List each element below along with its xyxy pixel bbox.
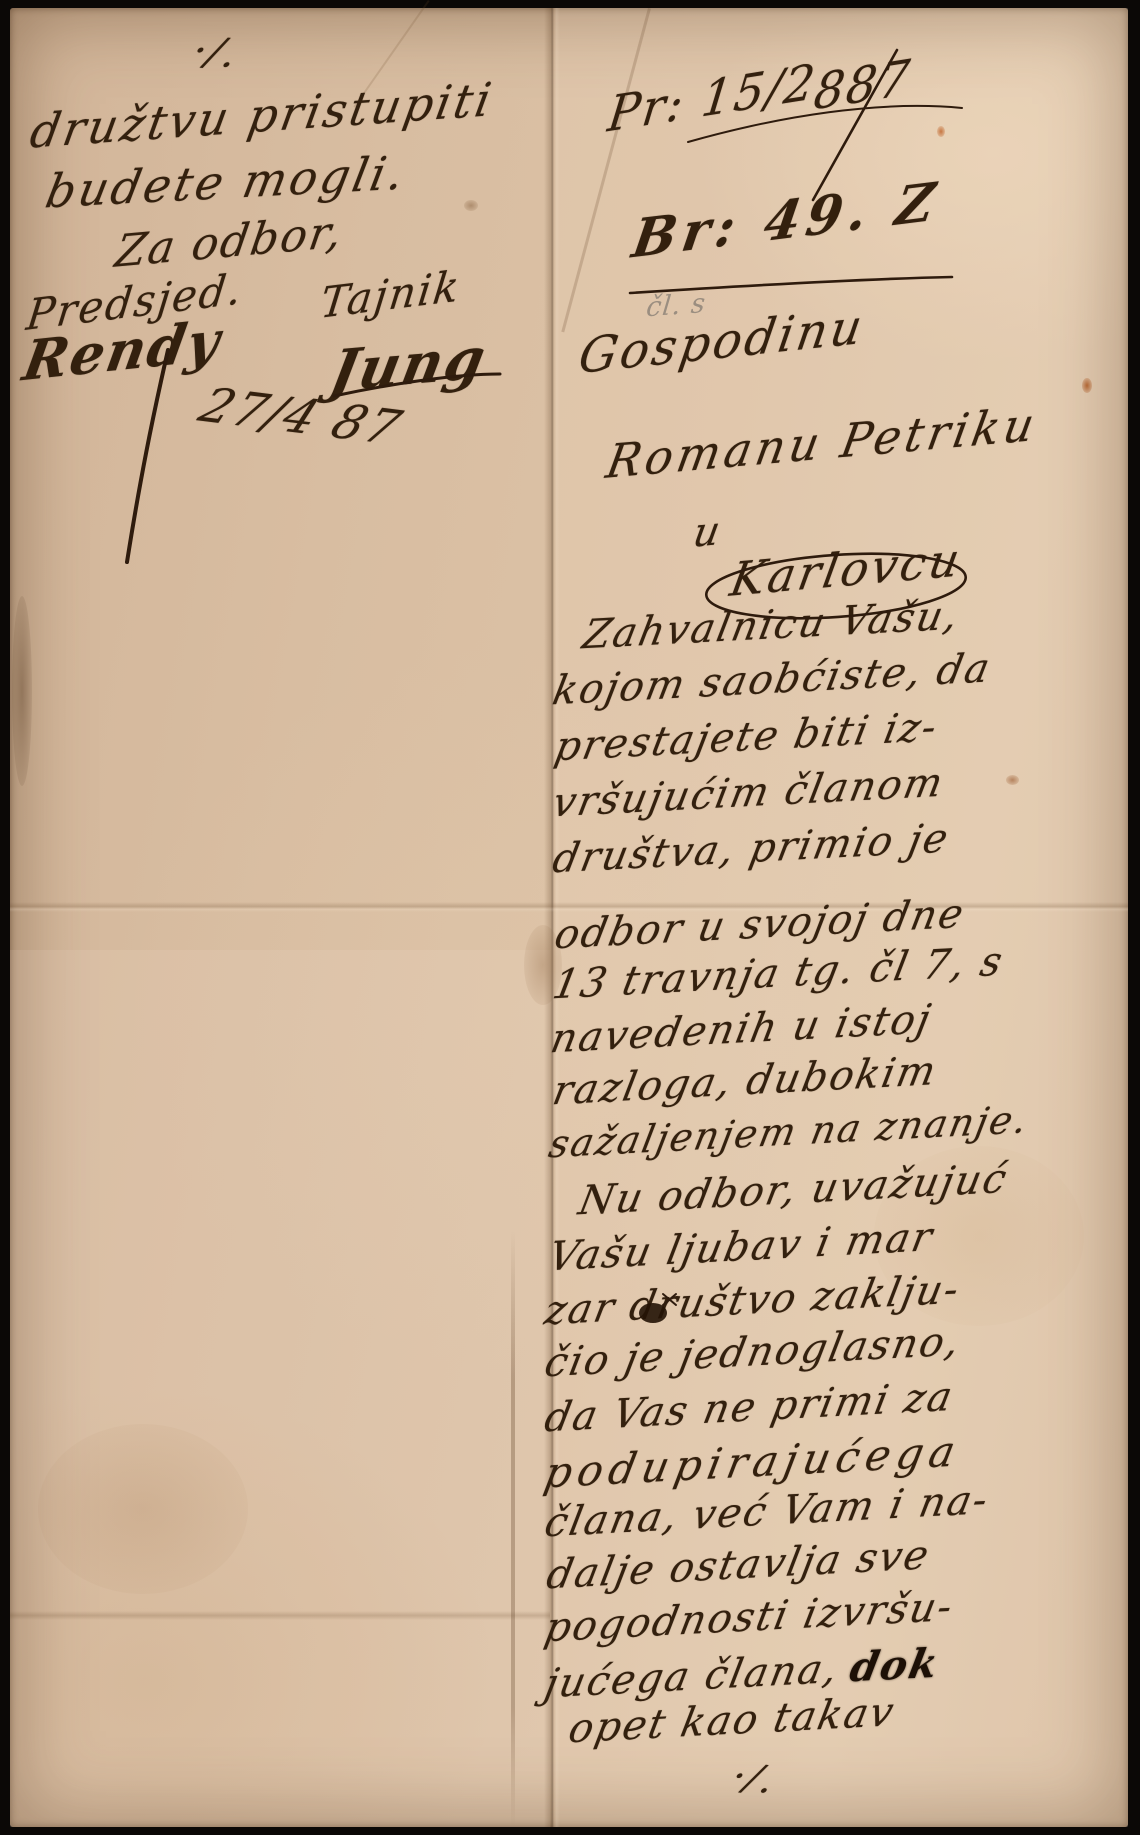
body-word-dok: dok (846, 1639, 943, 1691)
scanned-letter: ·/. družtvu pristupiti budete mogli. Za … (0, 0, 1140, 1835)
